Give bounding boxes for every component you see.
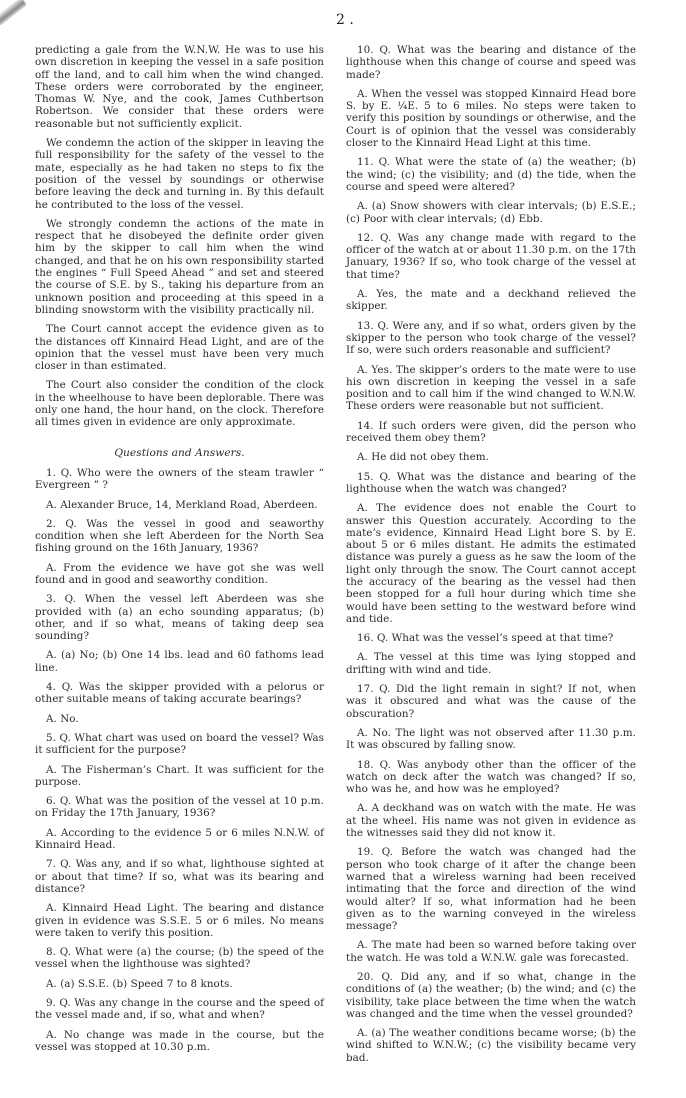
question: 7. Q. Was any, and if so what, lighthous… [35, 858, 324, 895]
question: 5. Q. What chart was used on board the v… [35, 732, 324, 757]
question: 15. Q. What was the distance and bearing… [346, 471, 636, 496]
question: 4. Q. Was the skipper provided with a pe… [35, 681, 324, 706]
answer: A. A deckhand was on watch with the mate… [346, 802, 636, 839]
body-paragraph: We strongly condemn the actions of the m… [35, 218, 324, 316]
answer: A. When the vessel was stopped Kinnaird … [346, 88, 636, 149]
question: 2. Q. Was the vessel in good and seawort… [35, 518, 324, 555]
question: 12. Q. Was any change made with regard t… [346, 232, 636, 281]
body-paragraph: The Court cannot accept the evidence giv… [35, 323, 324, 372]
section-heading: Questions and Answers. [35, 447, 324, 459]
answer: A. From the evidence we have got she was… [35, 562, 324, 587]
question: 18. Q. Was anybody other than the office… [346, 759, 636, 796]
answer: A. The mate had been so warned before ta… [346, 939, 636, 964]
question: 9. Q. Was any change in the course and t… [35, 997, 324, 1022]
question: 16. Q. What was the vessel’s speed at th… [346, 632, 636, 644]
answer: A. He did not obey them. [346, 451, 636, 463]
page-corner-fold [0, 0, 27, 26]
answer: A. No. The light was not observed after … [346, 727, 636, 752]
page-number-value: 2 [336, 12, 345, 28]
right-column: 10. Q. What was the bearing and distance… [346, 44, 636, 1071]
answer: A. No change was made in the course, but… [35, 1029, 324, 1054]
answer: A. The Fisherman’s Chart. It was suffici… [35, 764, 324, 789]
question: 13. Q. Were any, and if so what, orders … [346, 320, 636, 357]
answer: A. No. [35, 713, 324, 725]
question: 20. Q. Did any, and if so what, change i… [346, 971, 636, 1020]
answer: A. Alexander Bruce, 14, Merkland Road, A… [35, 499, 324, 511]
question: 14. If such orders were given, did the p… [346, 420, 636, 445]
question: 19. Q. Before the watch was changed had … [346, 846, 636, 932]
answer: A. (a) Snow showers with clear intervals… [346, 200, 636, 225]
answer: A. (a) The weather conditions became wor… [346, 1027, 636, 1064]
answer: A. (a) No; (b) One 14 lbs. lead and 60 f… [35, 649, 324, 674]
body-paragraph: The Court also consider the condition of… [35, 379, 324, 428]
answer: A. Kinnaird Head Light. The bearing and … [35, 902, 324, 939]
answer: A. Yes. The skipper’s orders to the mate… [346, 364, 636, 413]
answer: A. According to the evidence 5 or 6 mile… [35, 827, 324, 852]
question: 17. Q. Did the light remain in sight? If… [346, 683, 636, 720]
question: 11. Q. What were the state of (a) the we… [346, 156, 636, 193]
page-number: 2 . [336, 12, 354, 28]
question: 1. Q. Who were the owners of the steam t… [35, 467, 324, 492]
question: 8. Q. What were (a) the course; (b) the … [35, 946, 324, 971]
left-column: predicting a gale from the W.N.W. He was… [35, 44, 324, 1060]
page-number-suffix: . [345, 12, 354, 28]
answer: A. The evidence does not enable the Cour… [346, 502, 636, 625]
body-paragraph: predicting a gale from the W.N.W. He was… [35, 44, 324, 130]
answer: A. Yes, the mate and a deckhand relieved… [346, 288, 636, 313]
question: 6. Q. What was the position of the vesse… [35, 795, 324, 820]
body-paragraph: We condemn the action of the skipper in … [35, 137, 324, 211]
question: 10. Q. What was the bearing and distance… [346, 44, 636, 81]
answer: A. (a) S.S.E. (b) Speed 7 to 8 knots. [35, 978, 324, 990]
question: 3. Q. When the vessel left Aberdeen was … [35, 593, 324, 642]
answer: A. The vessel at this time was lying sto… [346, 651, 636, 676]
